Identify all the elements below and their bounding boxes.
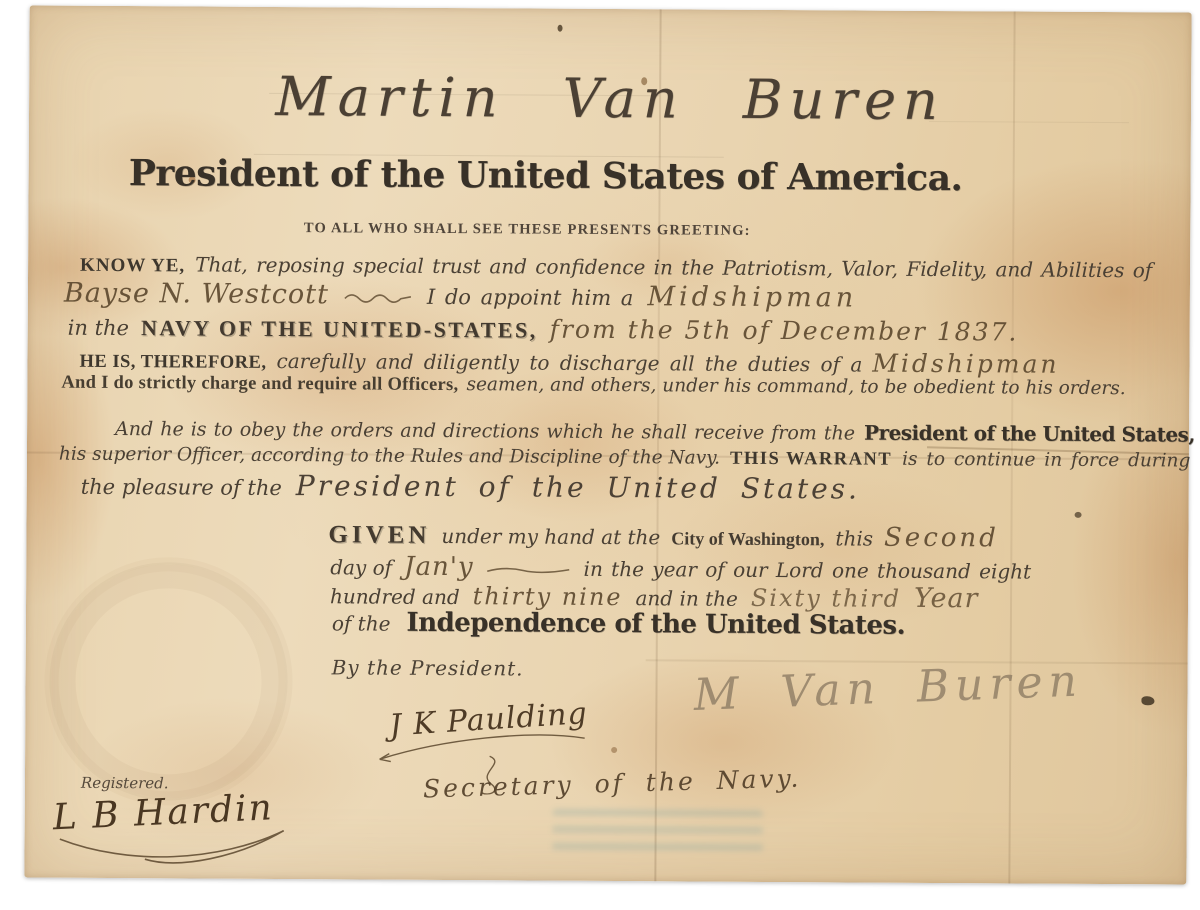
ink-speck xyxy=(558,25,563,32)
salutation-line: TO ALL WHO SHALL SEE THESE PRESENTS GREE… xyxy=(0,215,1108,242)
navy-title-text: NAVY OF THE UNITED-STATES, xyxy=(141,315,538,343)
by-the-president-text: By the President. xyxy=(332,655,524,680)
superior-clause-text: his superior Officer, according to the R… xyxy=(59,444,720,469)
photo-of-document: Martin Van Buren President of the United… xyxy=(0,0,1200,910)
president-ornate-text: President of the United States. xyxy=(296,469,860,505)
president-name-text: Martin Van Buren xyxy=(275,65,945,132)
body-line-navy-date: in the NAVY OF THE UNITED-STATES, from t… xyxy=(68,312,1019,347)
month-handwritten: Jan'y xyxy=(404,552,474,582)
president-name-engraving: Martin Van Buren xyxy=(29,63,1191,133)
document-heading: President of the United States of Americ… xyxy=(0,151,1127,200)
pen-dash-flourish xyxy=(486,565,572,576)
obey-clause-text: And he is to obey the orders and directi… xyxy=(115,418,855,445)
warrant-clause-text: is to continue in force during xyxy=(902,449,1190,472)
day-written-handwritten: Second xyxy=(884,523,999,554)
ink-speck xyxy=(1075,512,1082,518)
appoint-clause-text: I do appoint him a xyxy=(427,285,634,310)
charge-clause-roman-text: And I do strictly charge and require all… xyxy=(61,373,458,396)
rank-handwritten-second: Midshipman xyxy=(872,349,1059,379)
vertical-fold-crease xyxy=(654,9,661,881)
body-line-pleasure: the pleasure of the President of the Uni… xyxy=(81,468,860,506)
parchment-sheet: Martin Van Buren President of the United… xyxy=(24,5,1191,884)
rank-handwritten-first: Midshipman xyxy=(647,281,857,313)
registered-label-text: Registered. xyxy=(81,774,169,793)
pen-flourish xyxy=(343,291,413,303)
and-in-the-text: and in the xyxy=(635,586,738,611)
given-clause-text: under my hand at the xyxy=(441,524,660,549)
registered-label-line: Registered. xyxy=(81,774,169,793)
this-warrant-label: THIS WARRANT xyxy=(730,449,892,471)
foxing-spot xyxy=(611,747,617,753)
hundred-and-text: hundred and xyxy=(330,584,460,609)
by-the-president-line: By the President. xyxy=(332,655,524,680)
secretary-signature: J K Paulding xyxy=(388,696,588,744)
recipient-name-handwritten: Bayse N. Westcott xyxy=(64,278,329,311)
of-the-text: of the xyxy=(332,611,391,635)
registrar-signature: L B Hardin xyxy=(52,787,275,838)
this-word-text: this xyxy=(835,526,873,550)
body-line-appointment: Bayse N. Westcott I do appoint him a Mid… xyxy=(64,278,857,314)
independence-blackletter-text: Independence of the United States. xyxy=(406,608,905,641)
duties-clause-text: carefully and diligently to discharge al… xyxy=(276,349,862,377)
year-written-handwritten: thirty nine xyxy=(473,582,623,611)
know-ye-label: KNOW YE, xyxy=(80,255,185,278)
pleasure-clause-text: the pleasure of the xyxy=(81,475,282,500)
year-word-handwritten: Year xyxy=(914,583,979,614)
president-blackletter-text: President of the United States, xyxy=(864,421,1195,447)
given-label: GIVEN xyxy=(328,521,430,550)
independence-year-handwritten: Sixty third xyxy=(751,584,901,613)
salutation-text: TO ALL WHO SHALL SEE THESE PRESENTS GREE… xyxy=(304,220,751,239)
charge-clause-italic-text: seamen, and others, under his command, t… xyxy=(466,374,1125,399)
he-is-therefore-label: HE IS, THEREFORE, xyxy=(79,352,266,374)
day-of-text: day of xyxy=(330,555,392,579)
year-clause-text: in the year of our Lord one thousand eig… xyxy=(584,557,1032,584)
body-line-obey: And he is to obey the orders and directi… xyxy=(115,416,1200,447)
heading-text: President of the United States of Americ… xyxy=(129,152,963,199)
city-text: City of Washington, xyxy=(671,528,824,550)
trust-clause-text: That, reposing special trust and confide… xyxy=(195,252,1152,282)
president-signature-text: M Van Buren xyxy=(693,655,1084,721)
embossed-seal xyxy=(49,562,288,801)
testimonium-line-4: of the Independence of the United States… xyxy=(332,607,905,641)
commission-date-handwritten: from the 5th of December 1837. xyxy=(550,315,1019,347)
in-the-text: in the xyxy=(68,316,129,340)
ink-blot xyxy=(1141,696,1154,705)
president-signature: M Van Buren xyxy=(693,655,1084,721)
verso-stamp-bleedthrough xyxy=(552,809,762,860)
testimonium-line-1: GIVEN under my hand at the City of Washi… xyxy=(328,519,999,553)
